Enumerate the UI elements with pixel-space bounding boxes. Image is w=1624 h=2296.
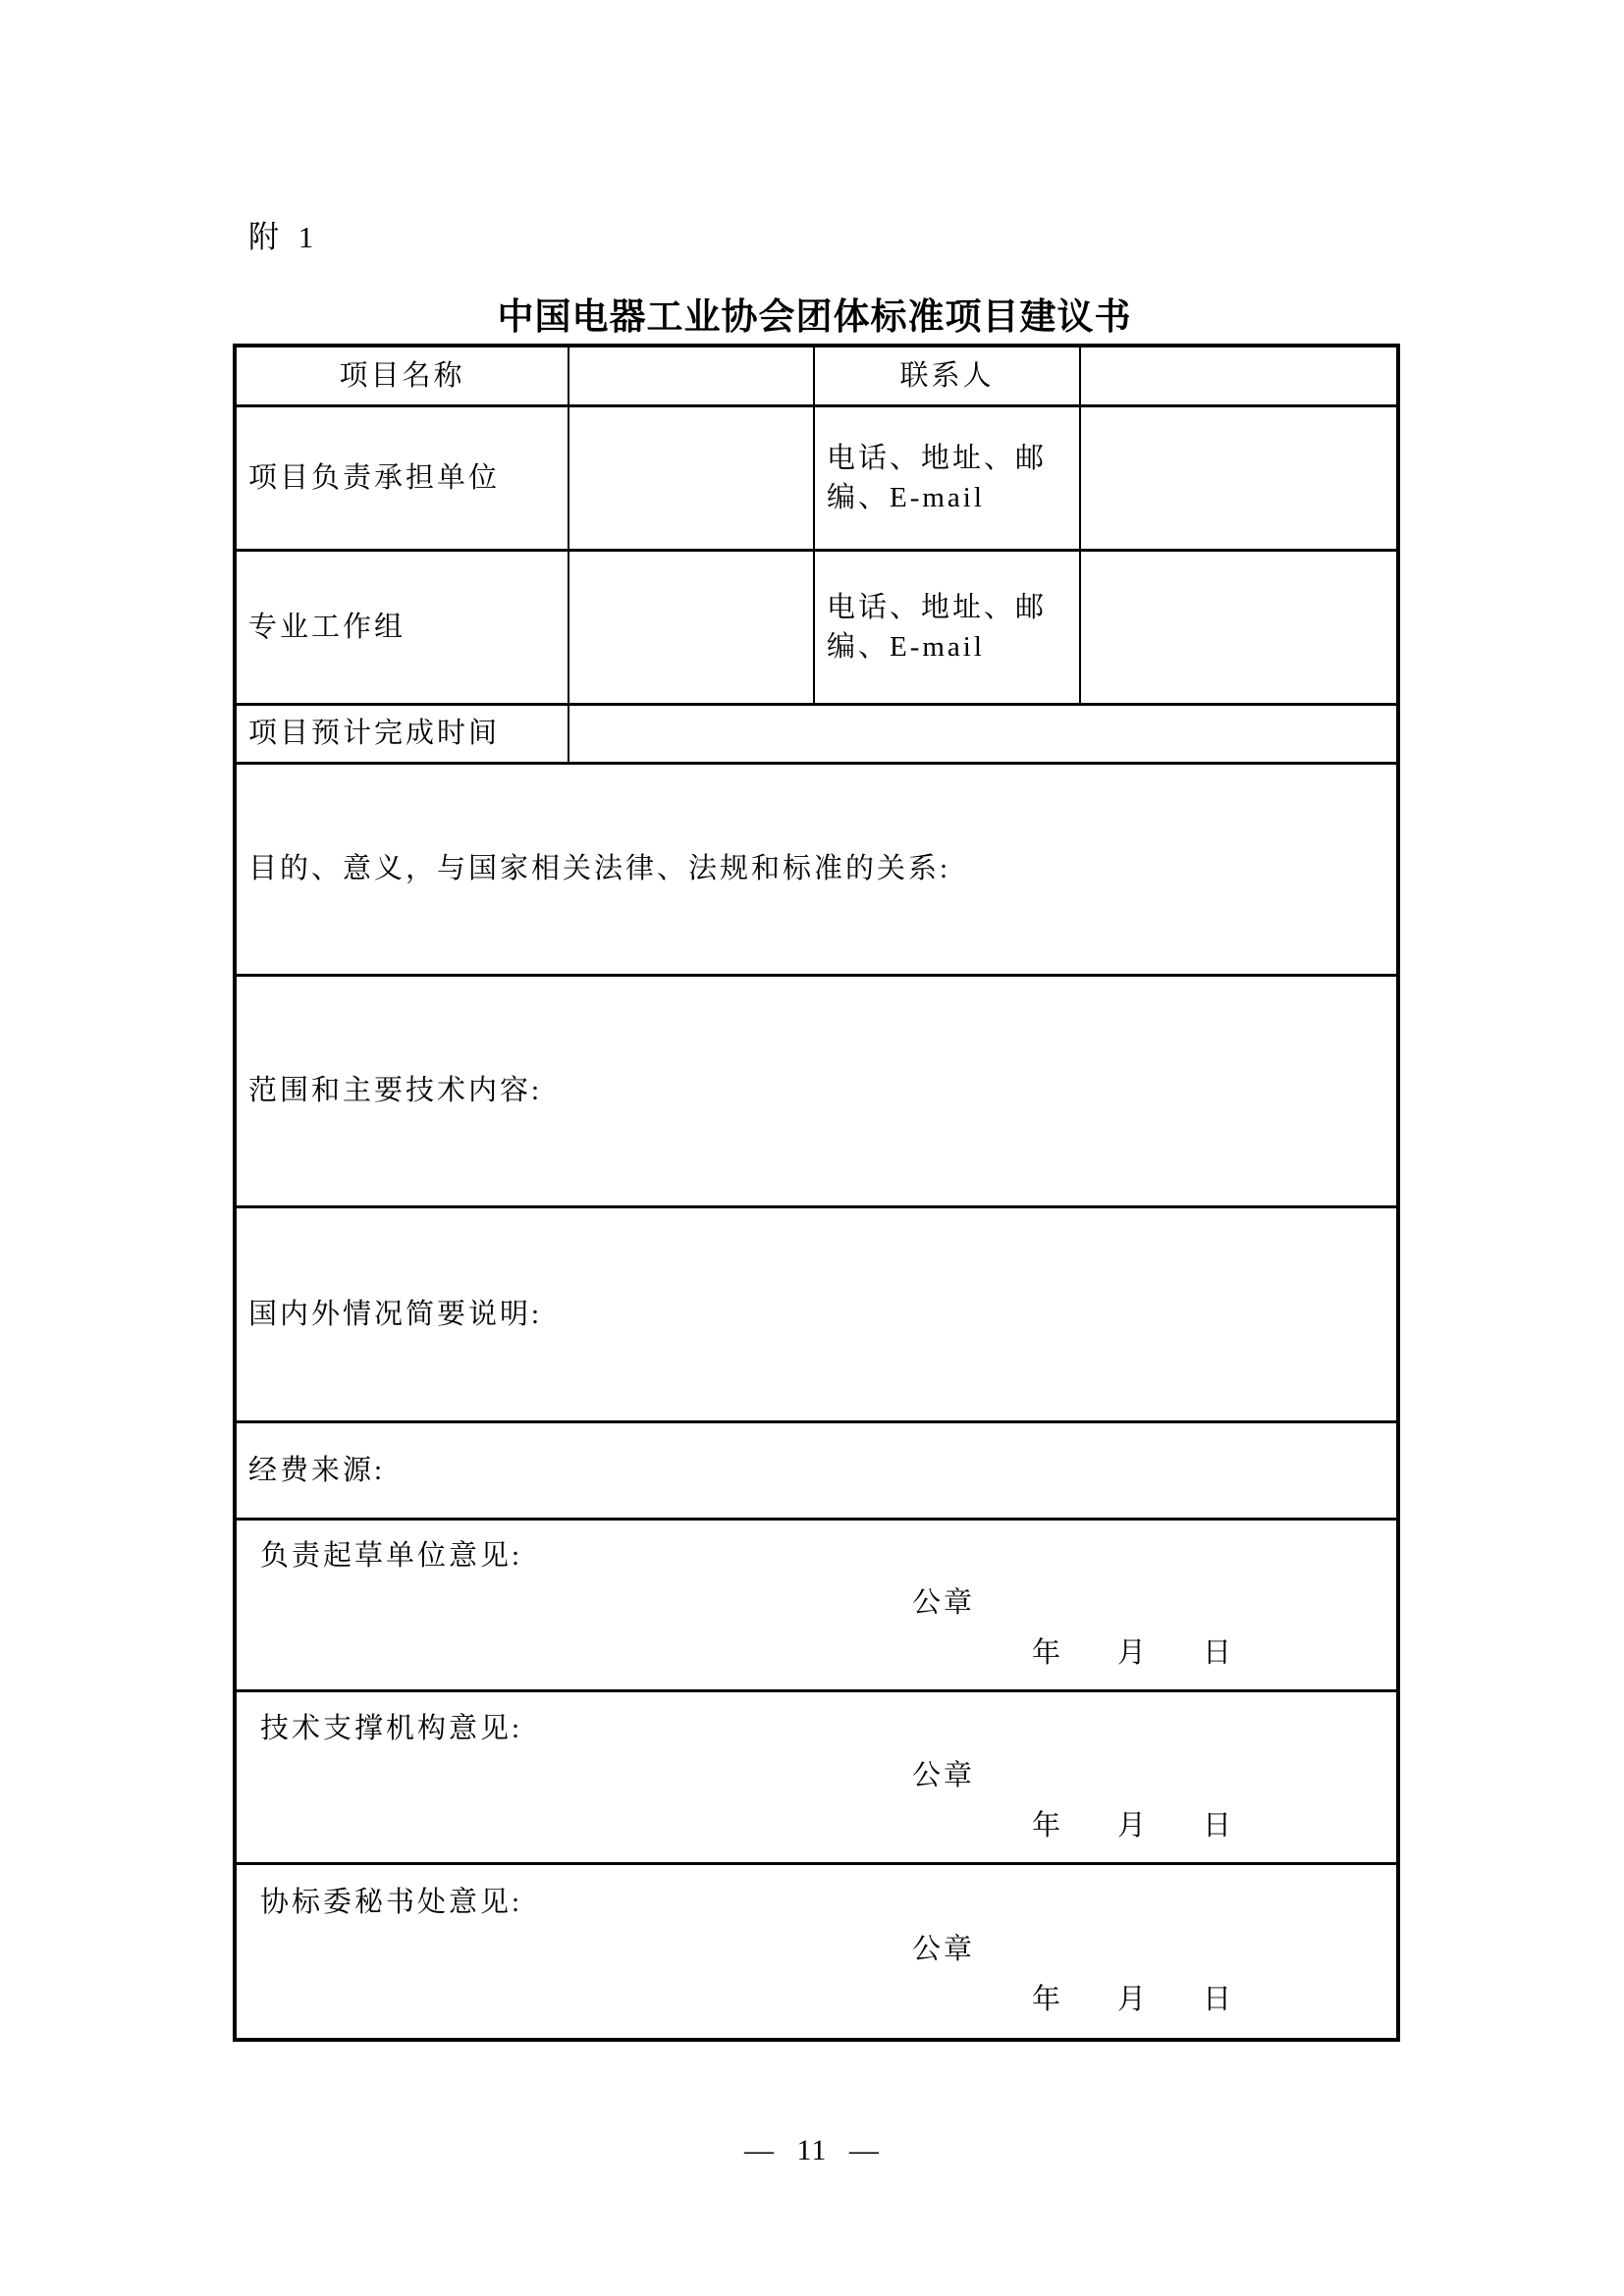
row-funding-section: 经费来源: [235, 1421, 1398, 1519]
responsible-unit-contact-value-cell [1080, 405, 1398, 550]
purpose-section-cell: 目的、意义，与国家相关法律、法规和标准的关系: [235, 763, 1398, 975]
working-group-contact-label-cell: 电话、地址、邮编、E-mail [814, 550, 1080, 704]
drafting-unit-opinion-cell: 负责起草单位意见: 公章 年 月 日 [235, 1519, 1398, 1690]
secretariat-opinion-label: 协标委秘书处意见: [248, 1886, 1384, 1919]
technical-support-seal-label: 公章 [912, 1759, 1384, 1792]
row-technical-support-opinion: 技术支撑机构意见: 公章 年 月 日 [235, 1690, 1398, 1863]
drafting-unit-opinion-label: 负责起草单位意见: [248, 1539, 1384, 1573]
working-group-value-cell [568, 550, 814, 704]
domestic-foreign-section-cell: 国内外情况简要说明: [235, 1206, 1398, 1421]
technical-support-opinion-cell: 技术支撑机构意见: 公章 年 月 日 [235, 1690, 1398, 1863]
technical-support-date-line: 年 月 日 [1032, 1809, 1384, 1842]
secretariat-opinion-cell: 协标委秘书处意见: 公章 年 月 日 [235, 1863, 1398, 2040]
scope-section-cell: 范围和主要技术内容: [235, 975, 1398, 1206]
responsible-unit-contact-label-cell: 电话、地址、邮编、E-mail [814, 405, 1080, 550]
row-scope-section: 范围和主要技术内容: [235, 975, 1398, 1206]
row-project-name: 项目名称 联系人 [235, 346, 1398, 405]
secretariat-date-line: 年 月 日 [1032, 1983, 1384, 2016]
project-name-value-cell [568, 346, 814, 405]
completion-time-label-cell: 项目预计完成时间 [235, 704, 568, 763]
responsible-unit-value-cell [568, 405, 814, 550]
secretariat-seal-label: 公章 [912, 1933, 1384, 1966]
attachment-label: 附 1 [248, 212, 315, 256]
row-completion-time: 项目预计完成时间 [235, 704, 1398, 763]
row-domestic-foreign-section: 国内外情况简要说明: [235, 1206, 1398, 1421]
drafting-unit-seal-label: 公章 [912, 1586, 1384, 1620]
contact-person-value-cell [1080, 346, 1398, 405]
document-page: 附 1 中国电器工业协会团体标准项目建议书 项目名称 联系人 项目负责承担单位 … [0, 0, 1624, 2296]
row-drafting-unit-opinion: 负责起草单位意见: 公章 年 月 日 [235, 1519, 1398, 1690]
working-group-label-cell: 专业工作组 [235, 550, 568, 704]
completion-time-value-cell [568, 704, 1398, 763]
contact-person-label-cell: 联系人 [814, 346, 1080, 405]
drafting-unit-date-line: 年 月 日 [1032, 1636, 1384, 1670]
row-secretariat-opinion: 协标委秘书处意见: 公章 年 月 日 [235, 1863, 1398, 2040]
working-group-contact-value-cell [1080, 550, 1398, 704]
row-responsible-unit: 项目负责承担单位 电话、地址、邮编、E-mail [235, 405, 1398, 550]
technical-support-opinion-label: 技术支撑机构意见: [248, 1712, 1384, 1745]
page-number: — 11 — [0, 2134, 1624, 2167]
proposal-form-table: 项目名称 联系人 项目负责承担单位 电话、地址、邮编、E-mail 专业工作组 … [233, 344, 1400, 2042]
funding-section-cell: 经费来源: [235, 1421, 1398, 1519]
document-title: 中国电器工业协会团体标准项目建议书 [233, 287, 1396, 340]
row-purpose-section: 目的、意义，与国家相关法律、法规和标准的关系: [235, 763, 1398, 975]
responsible-unit-label-cell: 项目负责承担单位 [235, 405, 568, 550]
project-name-label-cell: 项目名称 [235, 346, 568, 405]
row-working-group: 专业工作组 电话、地址、邮编、E-mail [235, 550, 1398, 704]
